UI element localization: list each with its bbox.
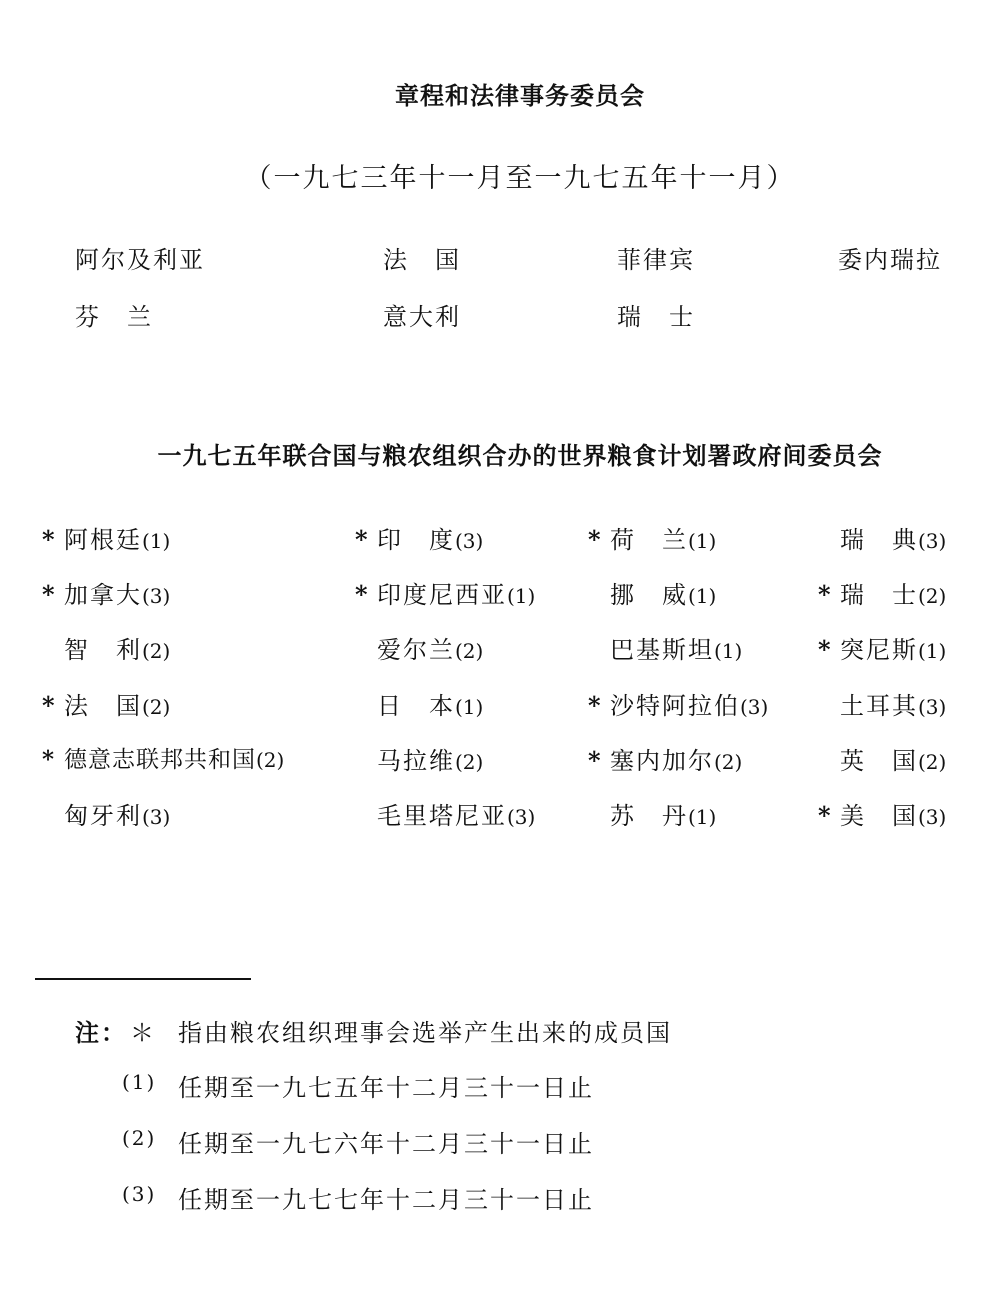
wfp-member: *美 国(3) [818,796,946,831]
wfp-member: *突尼斯(1) [818,630,946,665]
member-france: 法 国 [383,240,461,275]
term-marker: (1) [507,584,535,608]
wfp-member: *法 国(2) [42,686,170,721]
member-name: 智 利 [64,636,142,664]
fao-elected-star-icon: * [588,746,610,775]
term-marker: (2) [142,695,170,719]
wfp-member: *阿根廷(1) [42,520,170,555]
member-name: 印 度 [377,526,455,554]
wfp-member: *德意志联邦共和国(2) [42,741,284,774]
member-italy: 意大利 [383,297,461,332]
term-marker: (3) [142,584,170,608]
member-name: 阿根廷 [64,526,142,554]
member-name: 瑞 典 [840,526,918,554]
footnote-divider [35,978,251,980]
fao-elected-star-icon: * [818,580,840,609]
committee-title-charter-legal: 章程和法律事务委员会 [0,76,1000,111]
term-marker: (3) [142,805,170,829]
wfp-member: *苏 丹(1) [588,796,716,831]
wfp-member: *加拿大(3) [42,575,170,610]
member-name: 法 国 [64,692,142,720]
fao-elected-star-icon: * [42,580,64,609]
wfp-member: *日 本(1) [355,686,483,721]
committee-title-wfp: 一九七五年联合国与粮农组织合办的世界粮食计划署政府间委员会 [0,436,1000,471]
note-text-2: 任期至一九七六年十二月三十一日止 [178,1124,594,1159]
fao-elected-star-icon: * [42,525,64,554]
term-marker: (2) [455,639,483,663]
wfp-member: *荷 兰(1) [588,520,716,555]
term-marker: (3) [918,529,946,553]
term-marker: (3) [918,695,946,719]
member-name: 苏 丹 [610,802,688,830]
member-name: 匈牙利 [64,802,142,830]
term-marker: (2) [142,639,170,663]
member-name: 塞内加尔 [610,747,714,775]
member-name: 德意志联邦共和国 [64,747,256,773]
term-marker: (2) [256,748,284,772]
wfp-member: *印 度(3) [355,520,483,555]
term-marker: (3) [507,805,535,829]
note-marker-2: (2) [122,1126,156,1150]
wfp-member: *爱尔兰(2) [355,630,483,665]
member-name: 马拉维 [377,747,455,775]
term-marker: (1) [714,639,742,663]
wfp-member: *挪 威(1) [588,575,716,610]
member-name: 美 国 [840,802,918,830]
wfp-member: *土耳其(3) [818,686,946,721]
fao-elected-star-icon: * [42,691,64,720]
fao-elected-star-icon: * [42,746,64,773]
wfp-member: *瑞 士(2) [818,575,946,610]
member-algeria: 阿尔及利亚 [75,240,205,275]
member-venezuela: 委内瑞拉 [838,240,942,275]
member-switzerland: 瑞 士 [617,297,695,332]
notes-label: 注： [75,1013,127,1048]
member-name: 瑞 士 [840,581,918,609]
wfp-member: *瑞 典(3) [818,520,946,555]
wfp-member: *印度尼西亚(1) [355,575,535,610]
wfp-member: *巴基斯坦(1) [588,630,742,665]
wfp-member: *塞内加尔(2) [588,741,742,776]
term-marker: (3) [740,695,768,719]
term-marker: (1) [688,805,716,829]
member-name: 沙特阿拉伯 [610,692,740,720]
member-finland: 芬 兰 [75,297,153,332]
member-name: 日 本 [377,692,455,720]
member-philippines: 菲律宾 [617,240,695,275]
note-marker-1: (1) [122,1070,156,1094]
term-marker: (1) [918,639,946,663]
note-text-3: 任期至一九七七年十二月三十一日止 [178,1180,594,1215]
member-name: 爱尔兰 [377,636,455,664]
wfp-member: *马拉维(2) [355,741,483,776]
note-text-star: 指由粮农组织理事会选举产生出来的成员国 [178,1013,672,1048]
fao-elected-star-icon: * [588,691,610,720]
term-marker: (2) [455,750,483,774]
note-marker-star: ＊ [130,1013,156,1048]
wfp-member: *匈牙利(3) [42,796,170,831]
wfp-member: *沙特阿拉伯(3) [588,686,768,721]
fao-elected-star-icon: * [355,580,377,609]
term-marker: (2) [918,750,946,774]
member-name: 挪 威 [610,581,688,609]
member-name: 毛里塔尼亚 [377,802,507,830]
wfp-member: *智 利(2) [42,630,170,665]
term-marker: (2) [918,584,946,608]
fao-elected-star-icon: * [355,525,377,554]
member-name: 巴基斯坦 [610,636,714,664]
term-marker: (1) [142,529,170,553]
term-marker: (1) [455,695,483,719]
member-name: 英 国 [840,747,918,775]
term-marker: (1) [688,584,716,608]
term-marker: (3) [918,805,946,829]
committee-period: （一九七三年十一月至一九七五年十一月） [0,156,1000,195]
term-marker: (3) [455,529,483,553]
member-name: 突尼斯 [840,636,918,664]
term-marker: (1) [688,529,716,553]
term-marker: (2) [714,750,742,774]
fao-elected-star-icon: * [818,801,840,830]
member-name: 土耳其 [840,692,918,720]
note-marker-3: (3) [122,1182,156,1206]
note-text-1: 任期至一九七五年十二月三十一日止 [178,1068,594,1103]
member-name: 印度尼西亚 [377,581,507,609]
member-name: 加拿大 [64,581,142,609]
member-name: 荷 兰 [610,526,688,554]
fao-elected-star-icon: * [818,635,840,664]
fao-elected-star-icon: * [588,525,610,554]
wfp-member: *英 国(2) [818,741,946,776]
wfp-member: *毛里塔尼亚(3) [355,796,535,831]
